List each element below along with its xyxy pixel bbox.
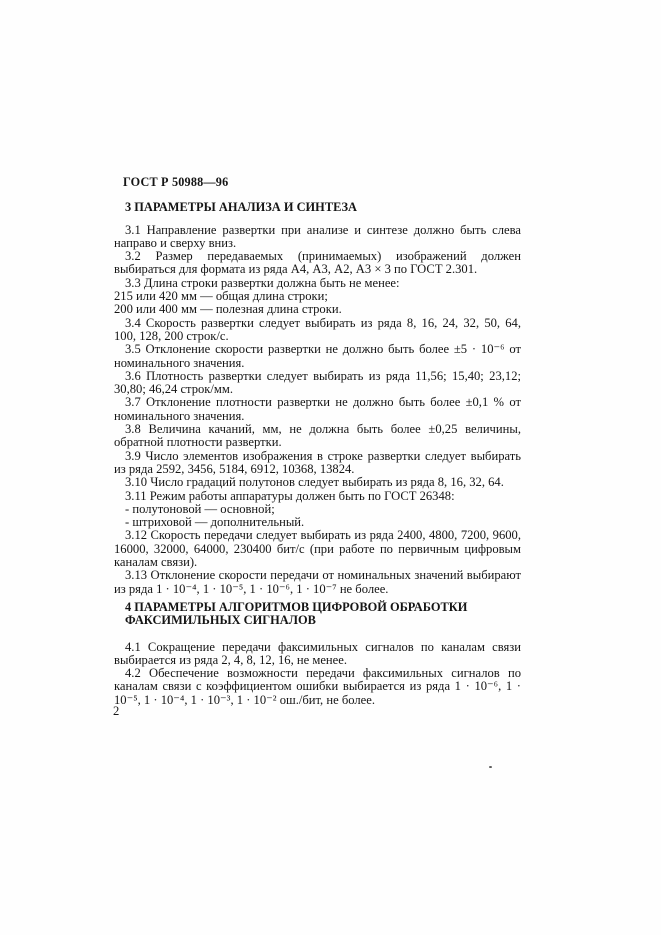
document-page: ГОСТ Р 50988—96 3 ПАРАМЕТРЫ АНАЛИЗА И СИ… [0,0,661,935]
scan-speck [489,766,492,768]
section-4: 4 ПАРАМЕТРЫ АЛГОРИТМОВ ЦИФРОВОЙ ОБРАБОТК… [114,601,521,707]
paragraph-3-5: 3.5 Отклонение скорости развертки не дол… [114,343,521,370]
section-4-heading: 4 ПАРАМЕТРЫ АЛГОРИТМОВ ЦИФРОВОЙ ОБРАБОТК… [114,601,521,628]
paragraph-3-2: 3.2 Размер передаваемых (принимаемых) из… [114,250,521,277]
running-header: ГОСТ Р 50988—96 [114,176,521,189]
paragraph-4-2: 4.2 Обеспечение возможности передачи фак… [114,667,521,707]
paragraph-3-1: 3.1 Направление развертки при анализе и … [114,224,521,251]
paragraph-3-4: 3.4 Скорость развертки следует выбирать … [114,317,521,344]
paragraph-3-8: 3.8 Величина качаний, мм, не должна быть… [114,423,521,450]
line-length-useful: 200 или 400 мм — полезная длина строки. [114,303,521,316]
paragraph-3-3: 3.3 Длина строки развертки должна быть н… [114,277,521,290]
section-3: 3 ПАРАМЕТРЫ АНАЛИЗА И СИНТЕЗА 3.1 Направ… [114,201,521,596]
list-item-line-mode: - штриховой — дополнительный. [114,516,521,529]
paragraph-3-9: 3.9 Число элементов изображения в строке… [114,450,521,477]
paragraph-3-13: 3.13 Отклонение скорости передачи от ном… [114,569,521,596]
paragraph-4-1: 4.1 Сокращение передачи факсимильных сиг… [114,641,521,668]
section-3-heading: 3 ПАРАМЕТРЫ АНАЛИЗА И СИНТЕЗА [114,201,521,214]
paragraph-3-6: 3.6 Плотность развертки следует выбирать… [114,370,521,397]
text-block: ГОСТ Р 50988—96 3 ПАРАМЕТРЫ АНАЛИЗА И СИ… [114,176,521,707]
paragraph-3-7: 3.7 Отклонение плотности развертки не до… [114,396,521,423]
paragraph-3-12: 3.12 Скорость передачи следует выбирать … [114,529,521,569]
list-item-halftone-mode: - полутоновой — основной; [114,503,521,516]
paragraph-3-11: 3.11 Режим работы аппаратуры должен быть… [114,490,521,503]
line-length-total: 215 или 420 мм — общая длина строки; [114,290,521,303]
page-number: 2 [113,705,119,718]
paragraph-3-10: 3.10 Число градаций полутонов следует вы… [114,476,521,489]
